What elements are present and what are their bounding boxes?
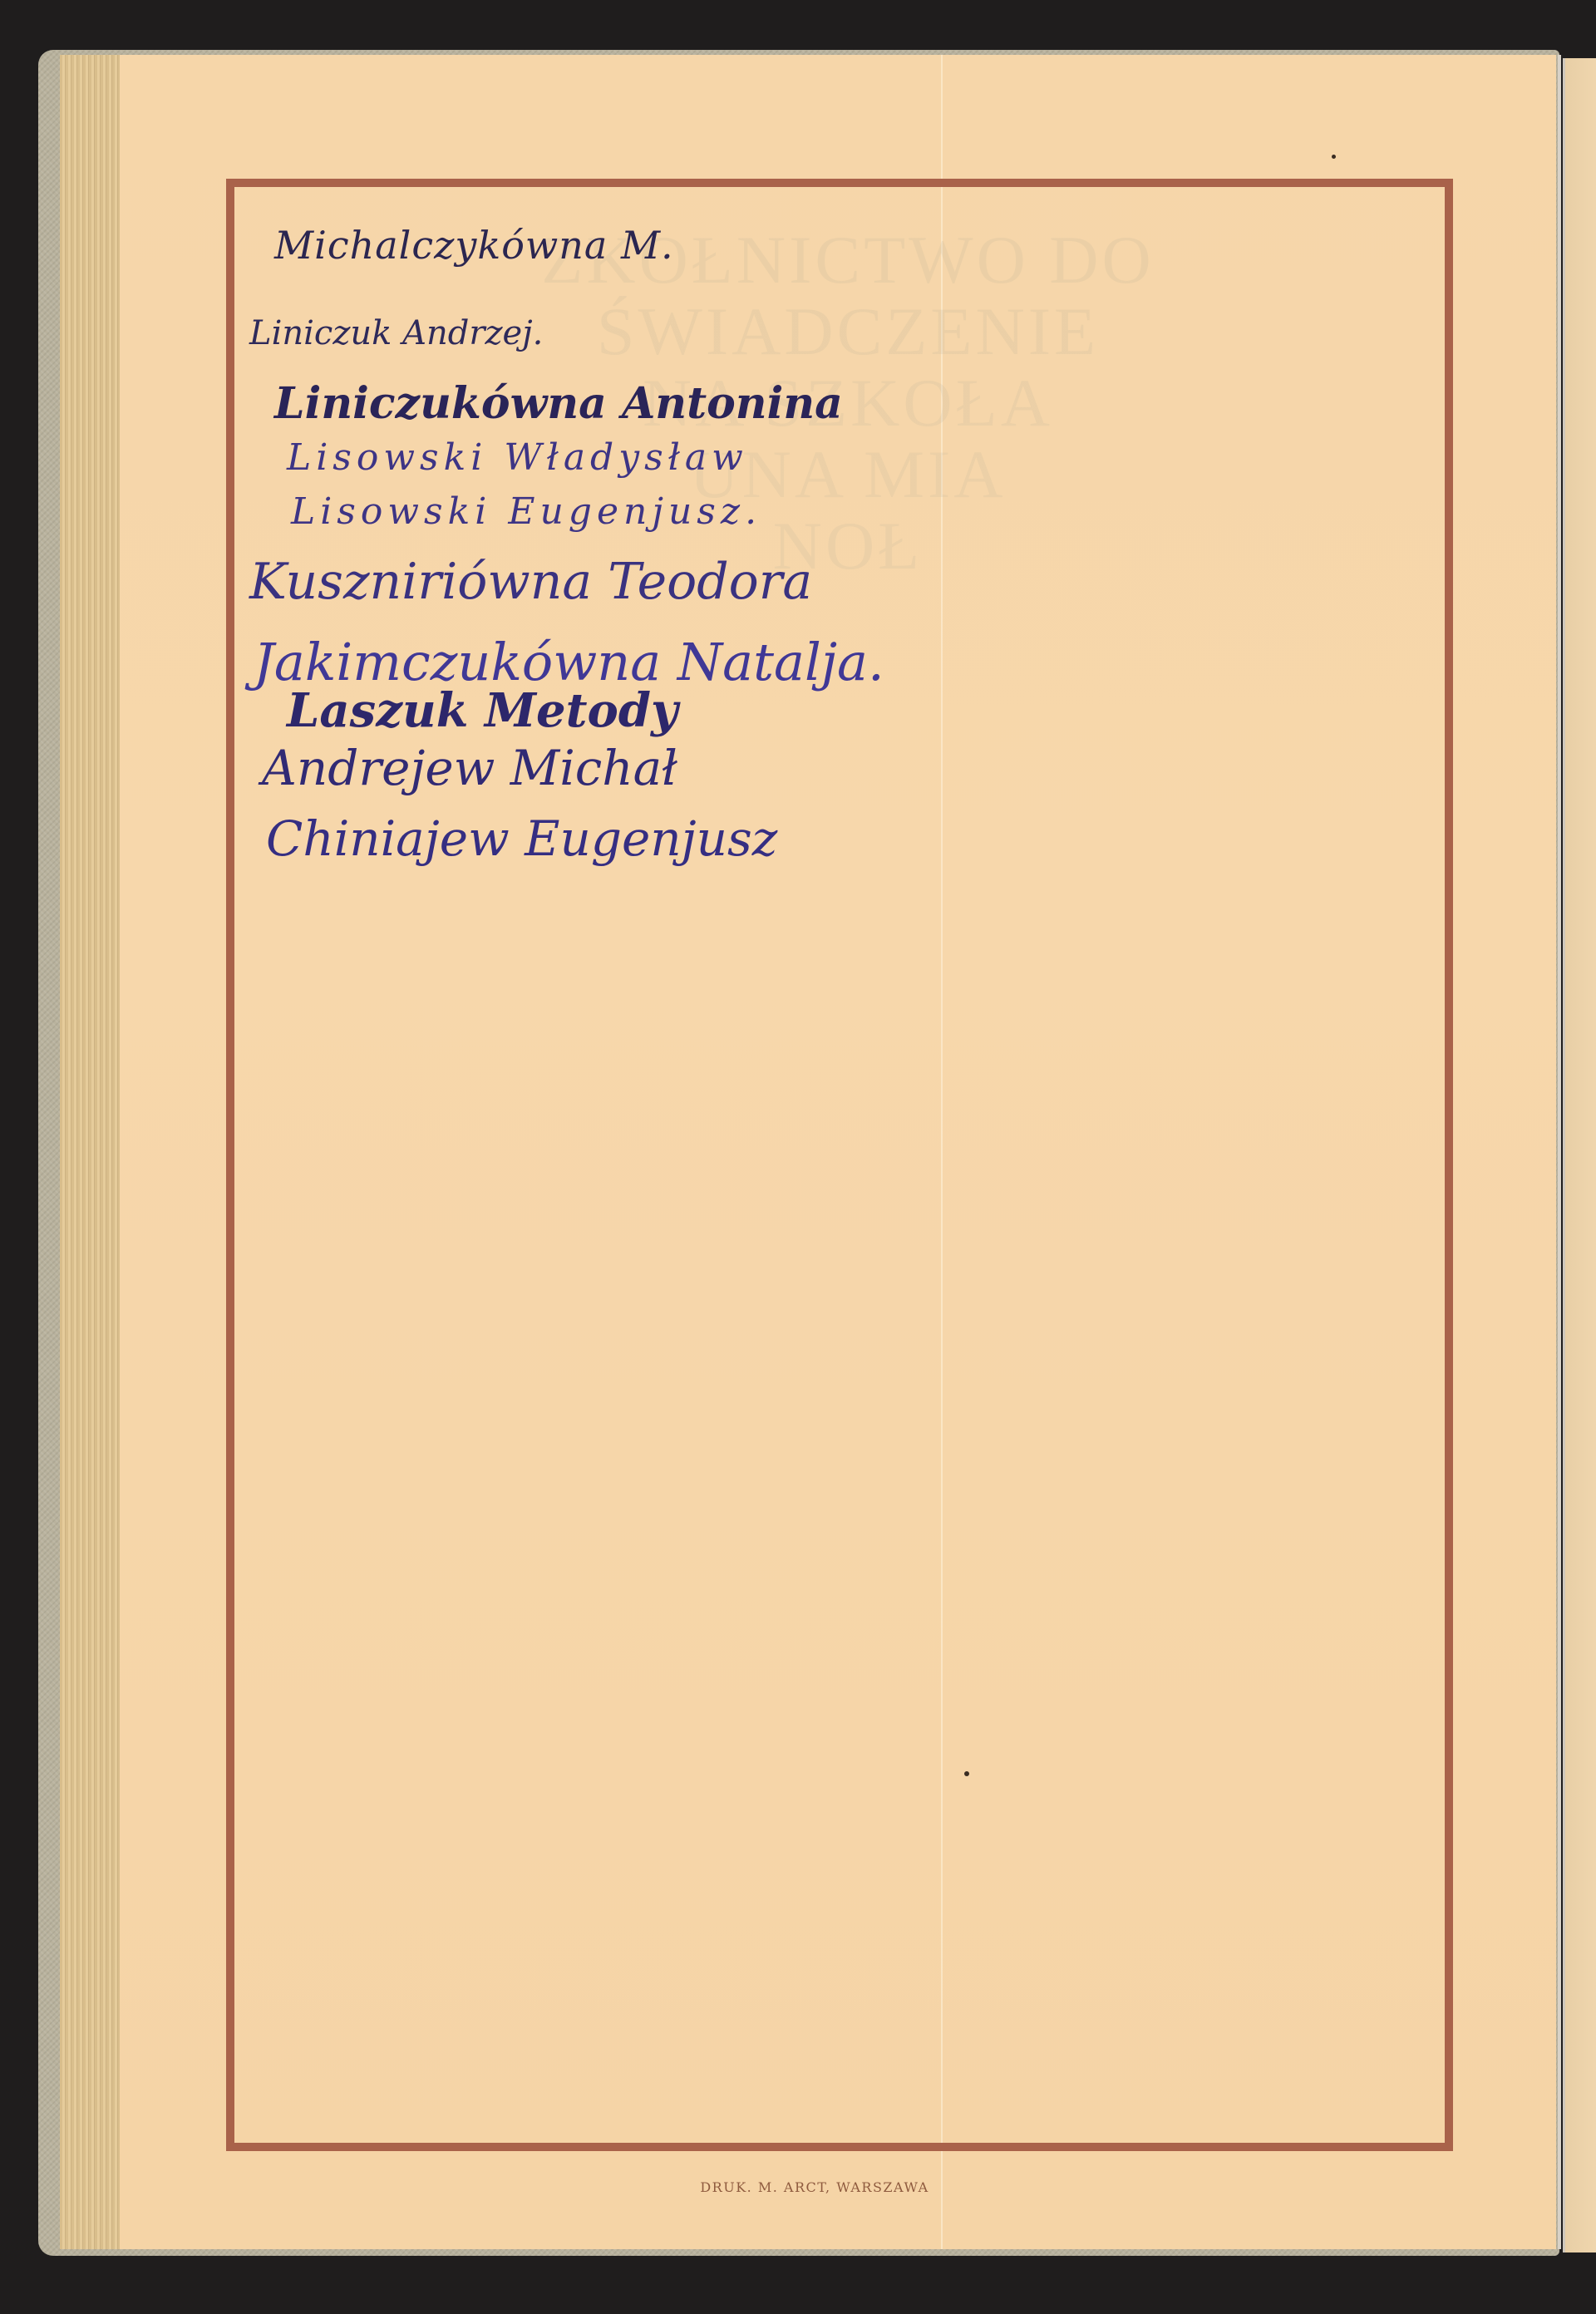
name-entry: Laszuk Metody xyxy=(287,683,678,738)
printer-imprint: DRUK. M. ARCT, WARSZAWA xyxy=(0,2179,1596,2195)
name-entry: Liniczuk Andrzej. xyxy=(249,314,543,352)
name-entry: Chiniajew Eugenjusz xyxy=(266,810,777,867)
name-entry: Andrejew Michał xyxy=(262,740,677,796)
ink-speck xyxy=(1332,155,1336,159)
name-entry: Michalczykówna M. xyxy=(274,223,674,268)
name-entry: Kuszniriówna Teodora xyxy=(249,553,812,611)
ink-speck xyxy=(964,1771,969,1776)
name-entry: Lisowski Władysław xyxy=(287,436,748,479)
name-entry: Lisowski Eugenjusz. xyxy=(291,490,761,533)
name-list: Michalczykówna M. Liniczuk Andrzej. Lini… xyxy=(0,0,1596,2314)
name-entry: Liniczukówna Antonina xyxy=(274,378,843,429)
